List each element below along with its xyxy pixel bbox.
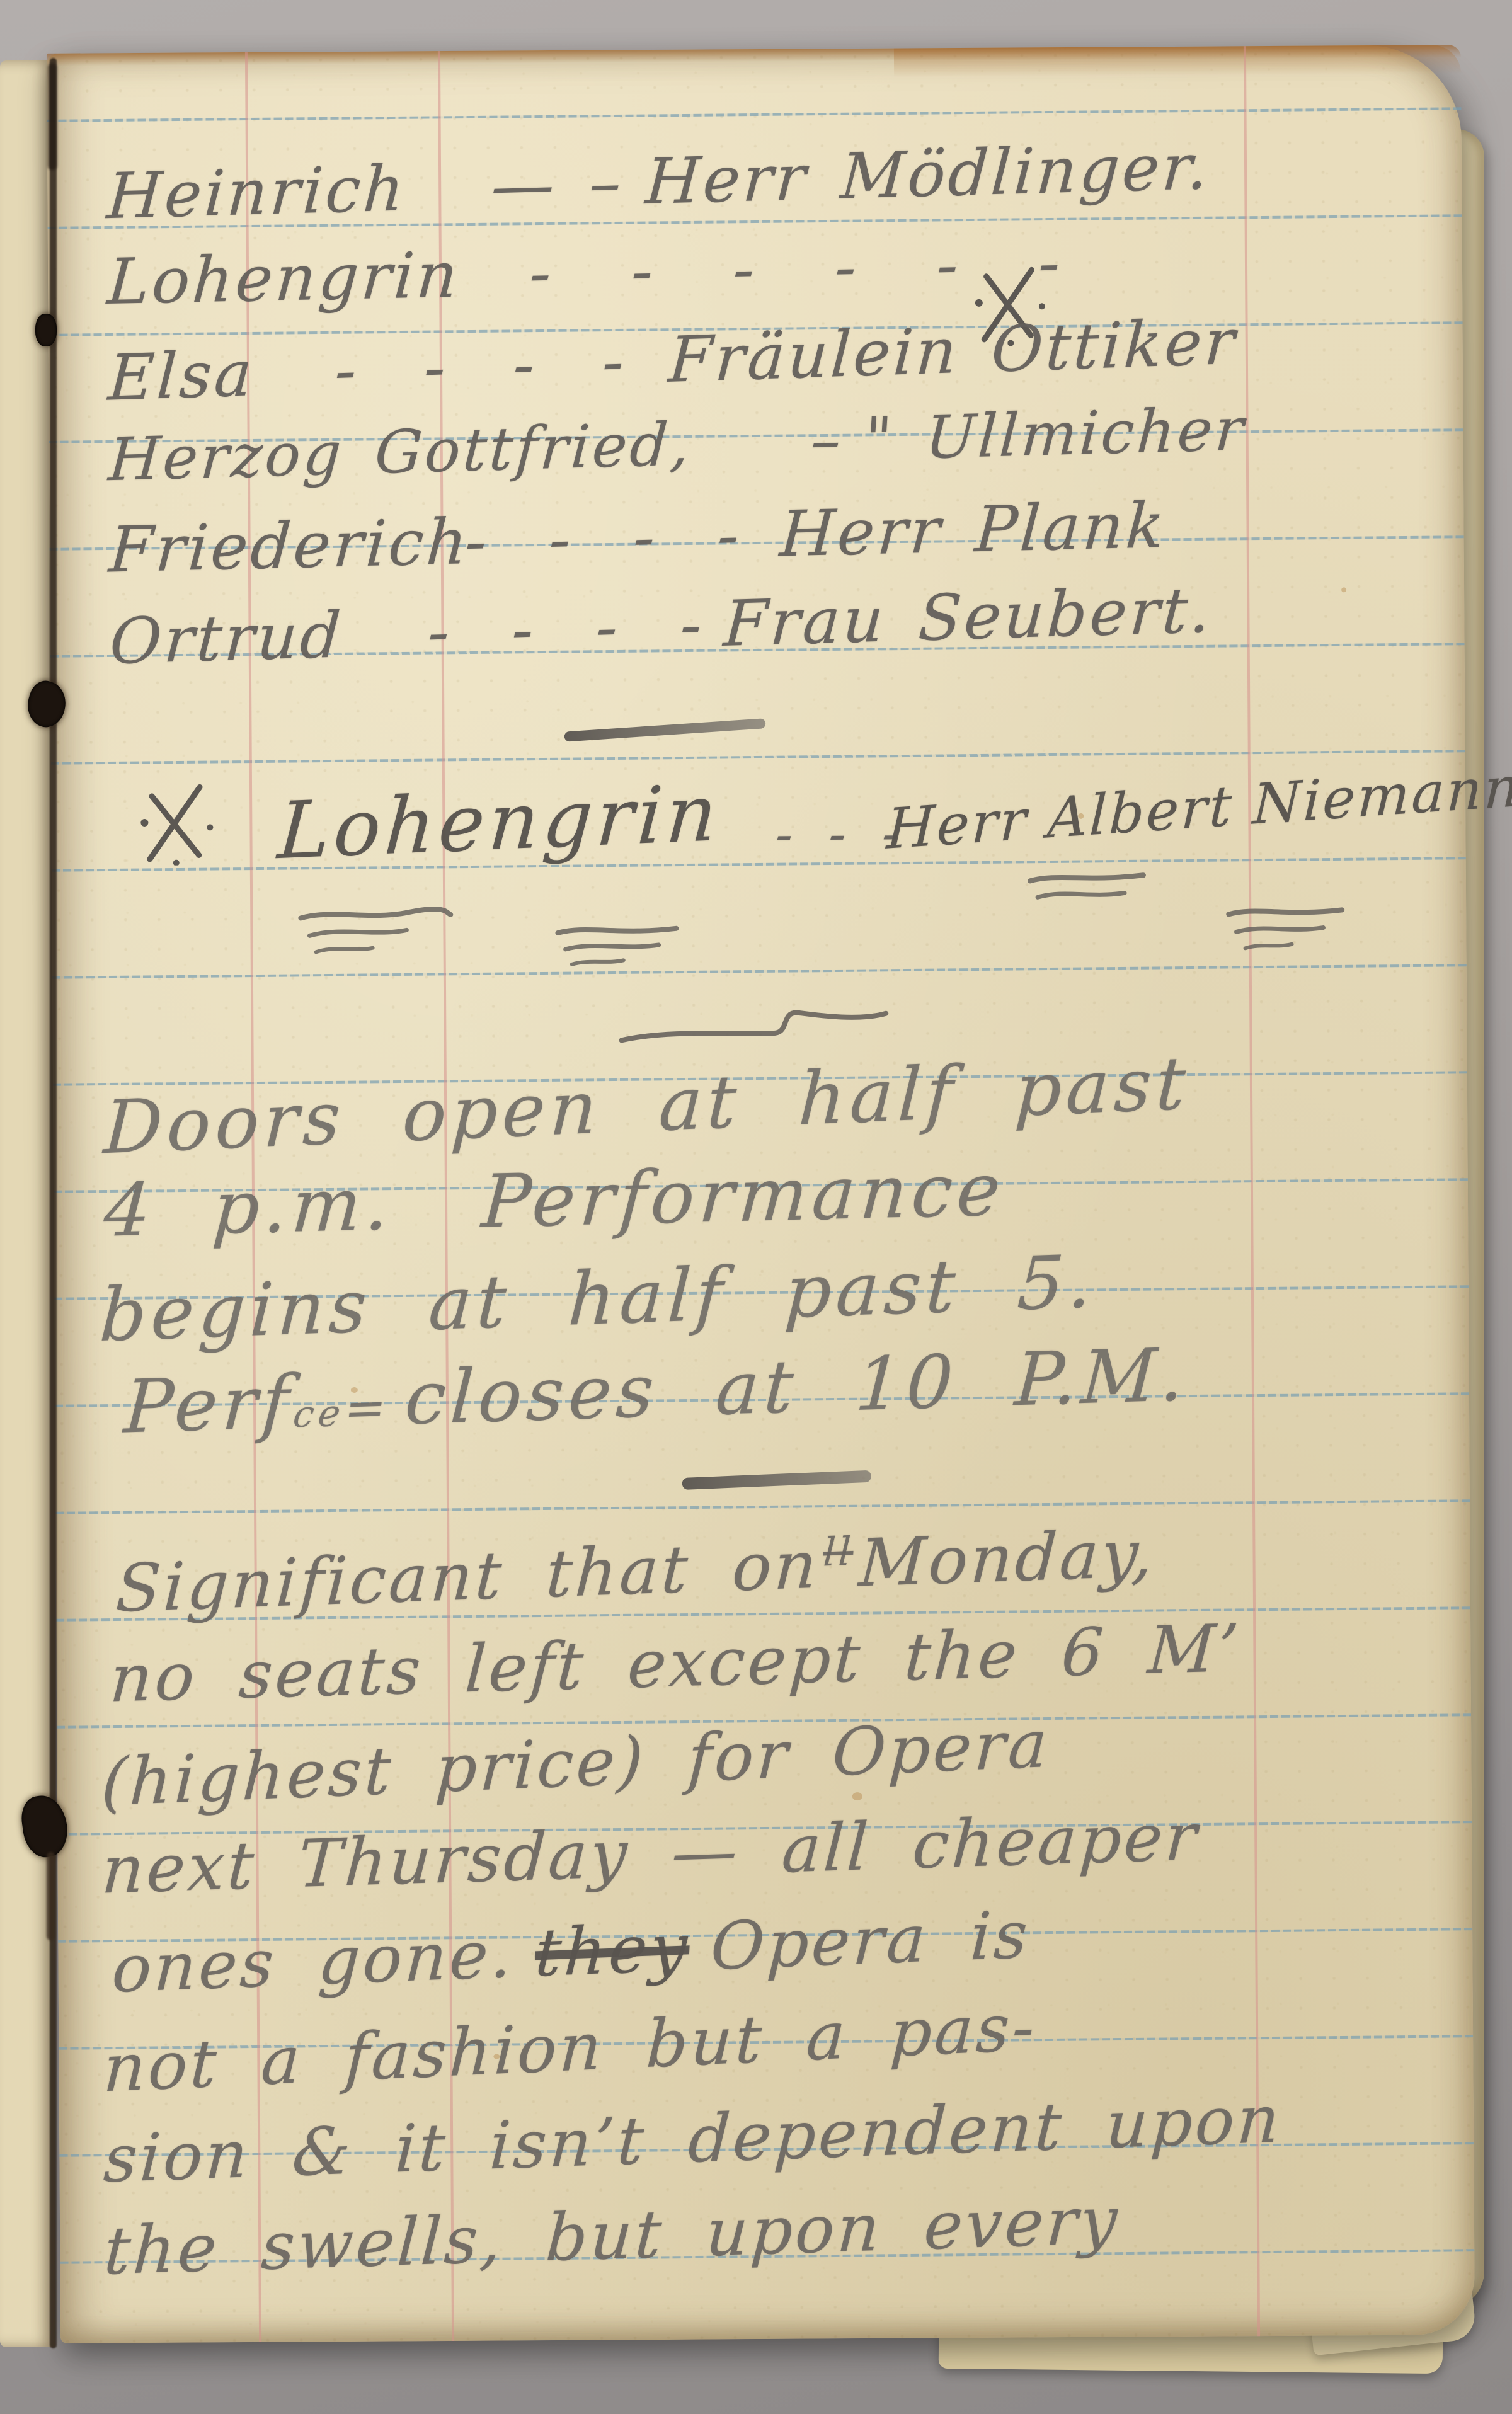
- superscript-abbreviation: ce=: [292, 1357, 389, 1445]
- ruled-line: [47, 107, 1462, 122]
- dash-leader: - - - -: [426, 587, 720, 670]
- role-name: Lohengrin: [105, 238, 462, 319]
- pencil-tilde-divider: [616, 1000, 894, 1058]
- underline-squiggle-icon: [1223, 902, 1347, 956]
- crossed-out-text: they: [534, 1909, 692, 1992]
- crossed-out-text: ll: [822, 1528, 855, 1576]
- dash-leader: — –: [489, 146, 626, 223]
- ruled-line: [51, 750, 1465, 765]
- role-name: Ortrud: [108, 598, 345, 678]
- footnote-performer: Herr Albert Niemann: [885, 754, 1512, 862]
- superscript-letters: ce: [291, 1397, 346, 1431]
- binding-tear: [47, 1852, 55, 1940]
- footnote-role: Lohengrin: [275, 768, 723, 877]
- foxing-speck: [493, 2054, 500, 2059]
- performer-name: Herr Plank: [778, 488, 1169, 571]
- binding-shadow: [48, 63, 57, 170]
- underline-squiggle-icon: [553, 922, 682, 973]
- abbreviation-underscore: =: [343, 1395, 387, 1422]
- note-text: Monday,: [857, 1514, 1157, 1601]
- stitch-hole: [35, 314, 57, 346]
- role-name: Elsa: [106, 336, 256, 415]
- underline-squiggle-icon: [1025, 869, 1148, 917]
- schedule-time: 4 p.m.: [101, 1162, 396, 1254]
- facing-page-edge: [0, 60, 55, 2347]
- performer-name: Frau Seubert.: [722, 573, 1215, 661]
- abbreviation: Perf: [122, 1359, 295, 1450]
- performer-name: Herr Mödlinger.: [643, 130, 1212, 219]
- dash-leader: - - - -: [333, 324, 645, 408]
- foxing-speck: [351, 1387, 358, 1393]
- scanned-notebook-photo: Heinrich — – Herr Mödlinger. Lohengrin -…: [0, 0, 1512, 2414]
- binding-gutter: [50, 58, 57, 2348]
- dash-leader: - - - -: [463, 498, 758, 578]
- role-name: Friederich: [107, 505, 472, 587]
- notebook-page: Heinrich — – Herr Mödlinger. Lohengrin -…: [47, 45, 1475, 2343]
- x-mark-icon: [139, 777, 215, 866]
- foxing-speck: [852, 1792, 862, 1800]
- schedule-text: Performance: [479, 1147, 1007, 1245]
- note-text: ones gone.: [110, 1916, 516, 2008]
- foxing-speck: [1078, 813, 1084, 819]
- note-text: Opera is: [709, 1896, 1033, 1985]
- role-name: Heinrich: [105, 151, 409, 233]
- underline-squiggle-icon: [294, 905, 455, 963]
- foxing-speck: [1341, 587, 1346, 592]
- dash-leader: –: [809, 406, 845, 476]
- performer-name: " Ullmicher: [862, 395, 1248, 474]
